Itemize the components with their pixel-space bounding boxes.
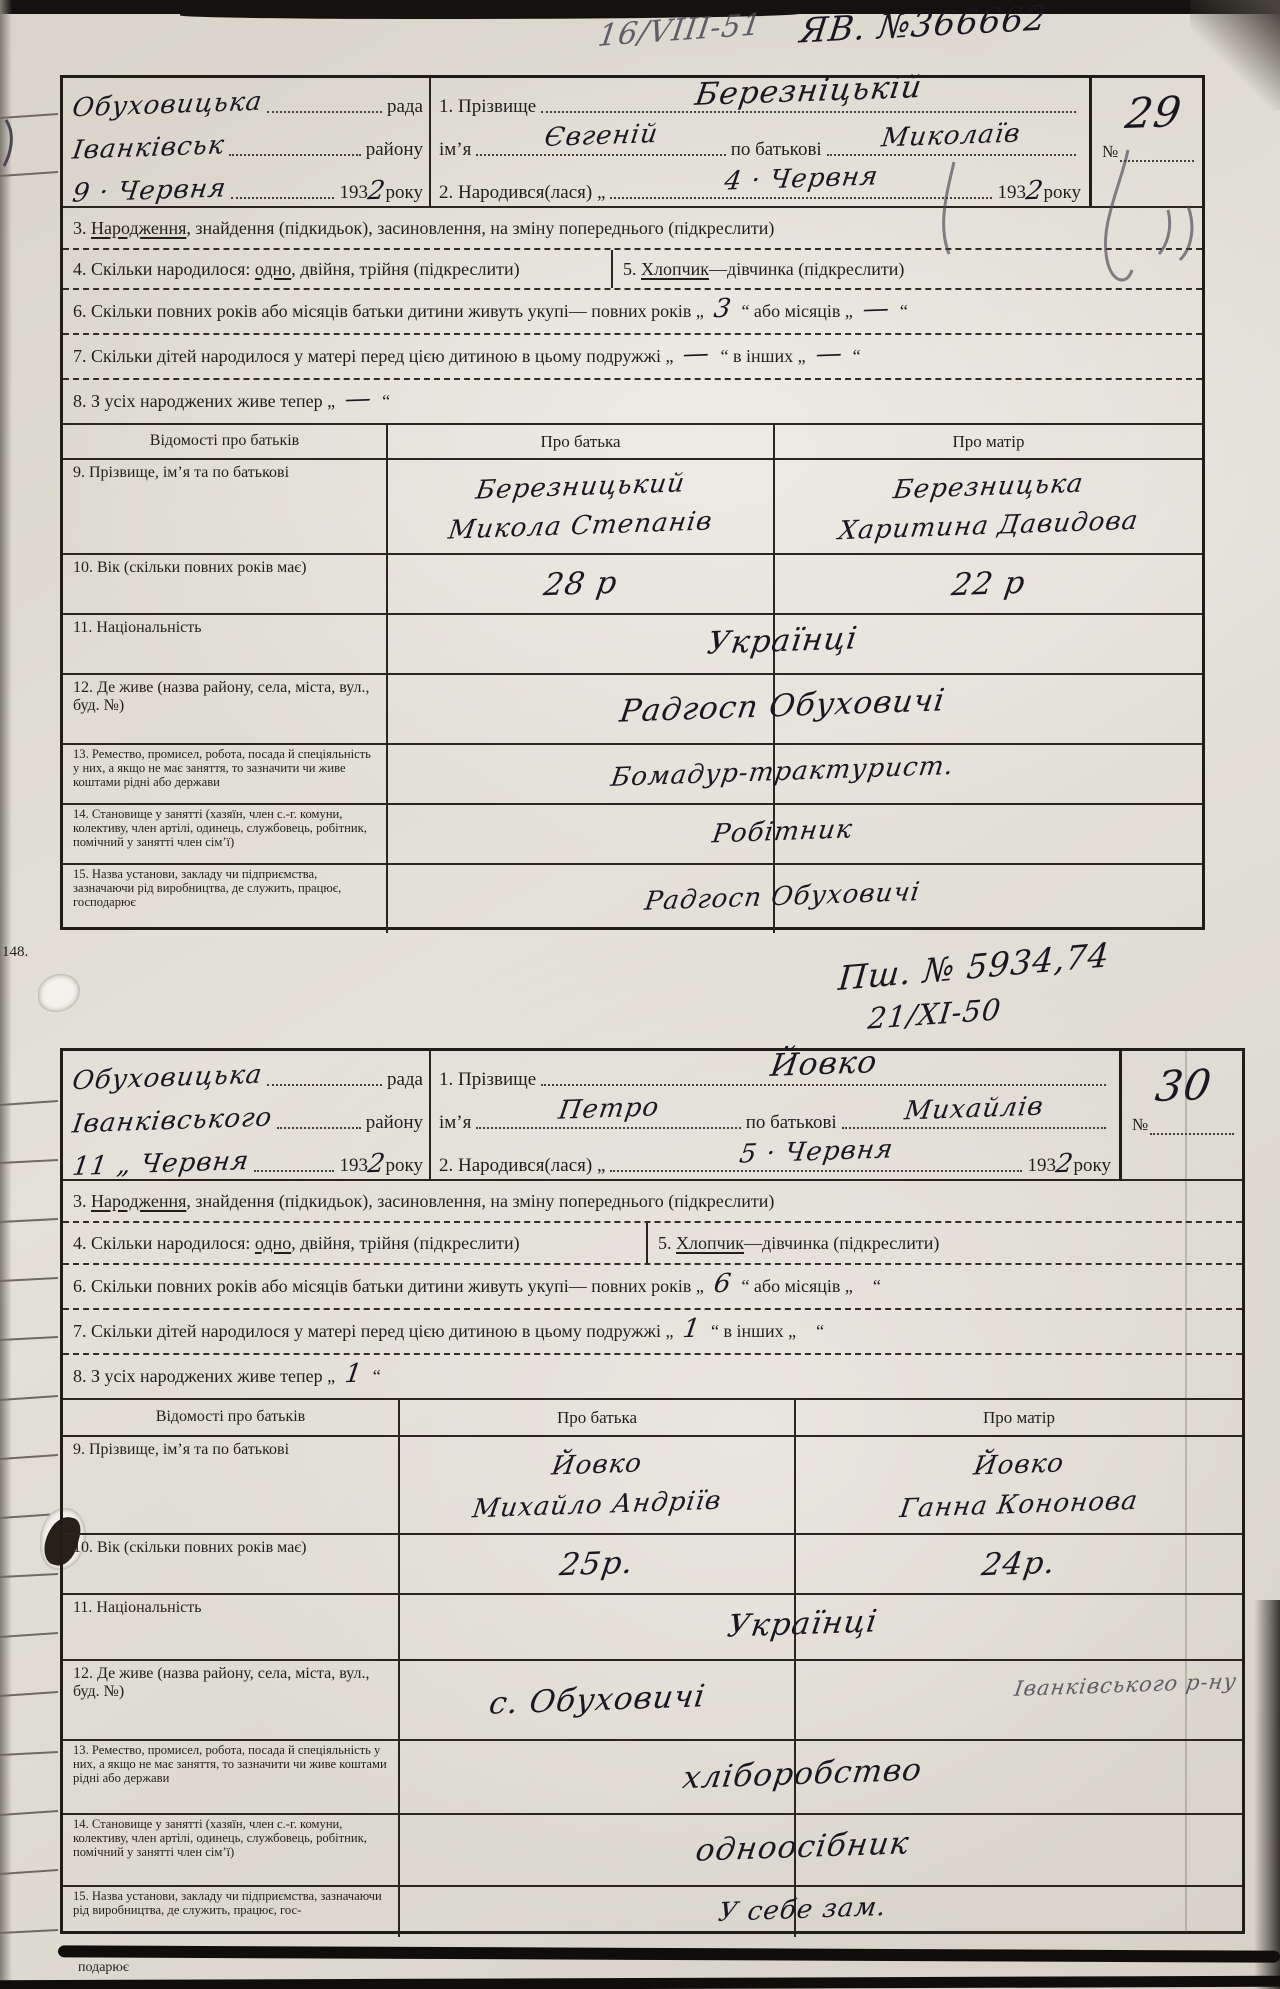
record1-alive-now: —	[343, 385, 374, 412]
paper-fold-line	[1185, 1048, 1187, 1934]
record2-mother-surname: Йовко	[793, 1444, 1245, 1486]
record2-row-institution: 15. Назва установи, закладу чи підприємс…	[63, 1885, 1242, 1937]
record2-row-occupation: 13. Ремество, промисел, робота, посада й…	[63, 1739, 1242, 1813]
label-year: 193	[339, 1155, 368, 1177]
row15-label: 15. Назва установи, закладу чи підприємс…	[63, 1887, 400, 1937]
row9-label: 9. Прізвище, ім’я та по батькові	[63, 460, 388, 553]
label-rada: рада	[387, 1069, 423, 1091]
label-year: 193	[339, 182, 368, 204]
row9-label: 9. Прізвище, ім’я та по батькові	[63, 1437, 400, 1533]
row15-label: 15. Назва установи, закладу чи підприємс…	[63, 865, 388, 933]
row11-label: 11. Національність	[63, 1595, 400, 1659]
record2-row-nationality: 11. Національність Українці	[63, 1593, 1242, 1659]
record1-row-age: 10. Вік (скільки повних років має) 28 р …	[63, 553, 1202, 613]
record1-mother-name: Харитина Давидова	[772, 506, 1205, 547]
page-bottom-torn-edge	[0, 1976, 1280, 1989]
record2-given-name-value: Петро	[556, 1094, 660, 1123]
record1-line5: 5. Хлопчик—дівчинка (підкреслити)	[613, 250, 914, 288]
record1-father-name: Микола Степанів	[385, 507, 776, 546]
col-parents-info: Відомості про батьків	[63, 425, 388, 458]
record2-residence-district-note: Іванківського р-ну	[1013, 1671, 1238, 1700]
col-father: Про батька	[400, 1400, 796, 1435]
record1-line7: 7. Скільки дітей народилося у матері пер…	[63, 333, 1202, 378]
label-roku: року	[1074, 1155, 1111, 1177]
record1-number-value: 29	[1123, 91, 1185, 135]
record1-district-value: Іванківськ	[71, 132, 227, 163]
record1-row-institution: 15. Назва установи, закладу чи підприємс…	[63, 863, 1202, 933]
record2-registration-date: 11 „ Червня	[71, 1148, 251, 1180]
line3-rest: , знайдення (підкидьок), засиновлення, н…	[186, 218, 774, 238]
record1-header: Обуховицька рада Іванківськ району 9 · Ч…	[63, 78, 1202, 208]
record2-line7: 7. Скільки дітей народилося у матері пер…	[63, 1308, 1242, 1353]
binding-margin: 148.	[0, 0, 60, 1989]
record1-row-position: 14. Становище у занятті (хазяїн, член с.…	[63, 803, 1202, 863]
record2-residence-value: с. Обуховичі	[487, 1681, 707, 1719]
label-roku: року	[386, 182, 423, 204]
record1-mother-surname: Березницька	[772, 466, 1205, 507]
record2-alive-now: 1	[343, 1360, 364, 1387]
record2-children-before-this: 1	[682, 1315, 703, 1342]
label-rada: рада	[387, 96, 423, 118]
record1-mother-age: 22 р	[950, 567, 1028, 601]
record1-children-before-other: —	[814, 340, 845, 367]
bottom-label-fragment: подарює	[78, 1960, 129, 1976]
paper-hole	[38, 974, 80, 1012]
record1-months-together: —	[861, 295, 892, 322]
record1-row-nationality: 11. Національність Українці	[63, 613, 1202, 673]
record2-father-surname: Йовко	[397, 1445, 797, 1485]
record1-children-before-this: —	[682, 340, 713, 367]
record2-line4-5: 4. Скільки народилося: одно, двійня, трі…	[63, 1221, 1242, 1263]
record1-line4-5: 4. Скільки народилося: одно, двійня, трі…	[63, 248, 1202, 288]
record1-birth-year-digit: 2	[1024, 178, 1045, 205]
record2-row-names: 9. Прізвище, ім’я та по батькові Йовко М…	[63, 1435, 1242, 1533]
record2-years-together: 6	[712, 1270, 733, 1297]
label-name: ім’я	[439, 139, 471, 161]
line3-underlined: Народження	[91, 218, 186, 238]
record2-number-value: 30	[1153, 1064, 1215, 1108]
record2-table-header: Відомості про батьків Про батька Про мат…	[63, 1398, 1242, 1435]
record2-line5: 5. Хлопчик—дівчинка (підкреслити)	[648, 1223, 949, 1263]
label-raionu: району	[366, 1112, 423, 1134]
record2-surname-value: Йовко	[768, 1047, 879, 1082]
row12-label: 12. Де живе (назва району, села, міста, …	[63, 675, 388, 743]
dotted-line	[277, 1125, 361, 1129]
dotted-line	[1120, 160, 1194, 162]
record2-line6: 6. Скільки повних років або місяців бать…	[63, 1263, 1242, 1308]
record2-line3: 3. Народження, знайдення (підкидьок), за…	[63, 1181, 1242, 1221]
scanned-register-page: 148. 16/VIII-51 ЯВ. №366662 Обуховицька …	[0, 0, 1280, 1989]
label-patronymic: по батькові	[746, 1112, 837, 1134]
row11-label: 11. Національність	[63, 615, 388, 673]
label-year: 193	[1027, 1155, 1056, 1177]
row10-label: 10. Вік (скільки повних років має)	[63, 1535, 400, 1593]
annotation-mid-number: Пш. № 5934,74	[837, 938, 1111, 995]
birth-record-30: Обуховицька рада Іванківського району 11…	[60, 1048, 1245, 1934]
record2-line4: 4. Скільки народилося: одно, двійня, трі…	[63, 1223, 648, 1263]
record1-line4: 4. Скільки народилося: одно, двійня, трі…	[63, 250, 613, 288]
label-born: 2. Народився(лася) „	[439, 182, 605, 204]
bottom-black-bar	[58, 1945, 1280, 1962]
record1-line3: 3. Народження, знайдення (підкидьок), за…	[63, 208, 1202, 248]
record1-row-residence: 12. Де живе (назва району, села, міста, …	[63, 673, 1202, 743]
col-parents-info: Відомості про батьків	[63, 1400, 400, 1435]
label-surname: 1. Прізвище	[439, 1069, 536, 1091]
record1-row-occupation: 13. Ремество, промисел, робота, посада й…	[63, 743, 1202, 803]
label-number-sign: №	[1132, 1115, 1148, 1135]
record2-header: Обуховицька рада Іванківського району 11…	[63, 1051, 1242, 1181]
label-patronymic: по батькові	[731, 139, 822, 161]
record1-registration-date: 9 · Червня	[71, 175, 228, 206]
label-roku: року	[386, 1155, 423, 1177]
record2-name-block: 1. Прізвище Йовко ім’я Петро по батькові…	[431, 1051, 1119, 1179]
dotted-line	[229, 152, 360, 156]
record2-patronymic-value: Михайлів	[902, 1094, 1045, 1125]
record2-mother-name: Ганна Кононова	[793, 1485, 1245, 1527]
record2-birth-date-value: 5 · Червня	[738, 1136, 895, 1167]
record1-table-header: Відомості про батьків Про батька Про мат…	[63, 423, 1202, 458]
record1-number-box: № 29	[1089, 78, 1202, 206]
annotation-top-date: 16/VIII-51	[596, 10, 764, 52]
record2-reg-year-digit: 2	[366, 1151, 387, 1178]
record2-mother-age: 24р.	[980, 1547, 1058, 1581]
record1-row-names: 9. Прізвище, ім’я та по батькові Березни…	[63, 458, 1202, 553]
margin-page-number: 148.	[2, 944, 28, 961]
page-top-torn-edge	[0, 0, 1280, 14]
annotation-mid-date: 21/XI-50	[867, 995, 1003, 1034]
col-mother: Про матір	[775, 425, 1202, 458]
dotted-line	[267, 1082, 382, 1086]
label-born: 2. Народився(лася) „	[439, 1155, 605, 1177]
record2-district-value: Іванківського	[71, 1105, 274, 1138]
record2-parents-table: Відомості про батьків Про батька Про мат…	[63, 1398, 1242, 1937]
record1-council-value: Обуховицька	[71, 89, 265, 122]
page-right-shadow	[1254, 1600, 1280, 1989]
label-raionu: району	[366, 139, 423, 161]
col-mother: Про матір	[796, 1400, 1242, 1435]
record1-father-age: 28 р	[542, 567, 620, 601]
record1-birth-date-value: 4 · Червня	[723, 163, 880, 194]
dotted-line	[1150, 1133, 1234, 1135]
record1-line8: 8. З усіх народжених живе тепер „ — “	[63, 378, 1202, 423]
birth-record-29: Обуховицька рада Іванківськ району 9 · Ч…	[60, 75, 1205, 930]
line3-num: 3.	[73, 218, 91, 238]
record1-years-together: 3	[712, 295, 733, 322]
record1-line6: 6. Скільки повних років або місяців бать…	[63, 288, 1202, 333]
record2-row-age: 10. Вік (скільки повних років має) 25р. …	[63, 1533, 1242, 1593]
row12-label: 12. Де живе (назва району, села, міста, …	[63, 1661, 400, 1739]
record2-council-value: Обуховицька	[71, 1062, 265, 1095]
record2-row-residence: 12. Де живе (назва району, села, міста, …	[63, 1659, 1242, 1739]
dotted-line	[231, 195, 335, 199]
record2-row-position: 14. Становище у занятті (хазяїн, член с.…	[63, 1813, 1242, 1885]
record1-given-name-value: Євгеній	[543, 121, 660, 151]
record1-surname-value: Березніцькій	[693, 72, 924, 111]
row14-label: 14. Становище у занятті (хазяїн, член с.…	[63, 805, 388, 863]
row13-label: 13. Ремество, промисел, робота, посада й…	[63, 1741, 400, 1813]
record2-council-block: Обуховицька рада Іванківського району 11…	[63, 1051, 431, 1179]
record2-father-age: 25р.	[558, 1547, 636, 1581]
label-roku: року	[1044, 182, 1081, 204]
label-name: ім’я	[439, 1112, 471, 1134]
record1-name-block: 1. Прізвище Березніцькій ім’я Євгеній по…	[431, 78, 1089, 206]
row10-label: 10. Вік (скільки повних років має)	[63, 555, 388, 613]
record1-patronymic-value: Миколаїв	[880, 121, 1023, 152]
dotted-line	[254, 1168, 335, 1172]
label-year: 193	[997, 182, 1026, 204]
label-surname: 1. Прізвище	[439, 96, 536, 118]
record1-parents-table: Відомості про батьків Про батька Про мат…	[63, 423, 1202, 933]
label-number-sign: №	[1102, 142, 1118, 162]
record2-birth-year-digit: 2	[1054, 1151, 1075, 1178]
row14-label: 14. Становище у занятті (хазяїн, член с.…	[63, 1815, 400, 1885]
record2-number-box: № 30	[1119, 1051, 1242, 1179]
col-father: Про батька	[388, 425, 775, 458]
row13-label: 13. Ремество, промисел, робота, посада й…	[63, 745, 388, 803]
record1-father-surname: Березницький	[385, 467, 776, 506]
dotted-line	[267, 109, 382, 113]
record1-council-block: Обуховицька рада Іванківськ району 9 · Ч…	[63, 78, 431, 206]
record2-father-name: Михайло Андріїв	[397, 1485, 797, 1525]
record2-line8: 8. З усіх народжених живе тепер „ 1 “	[63, 1353, 1242, 1398]
record1-reg-year-digit: 2	[366, 178, 387, 205]
